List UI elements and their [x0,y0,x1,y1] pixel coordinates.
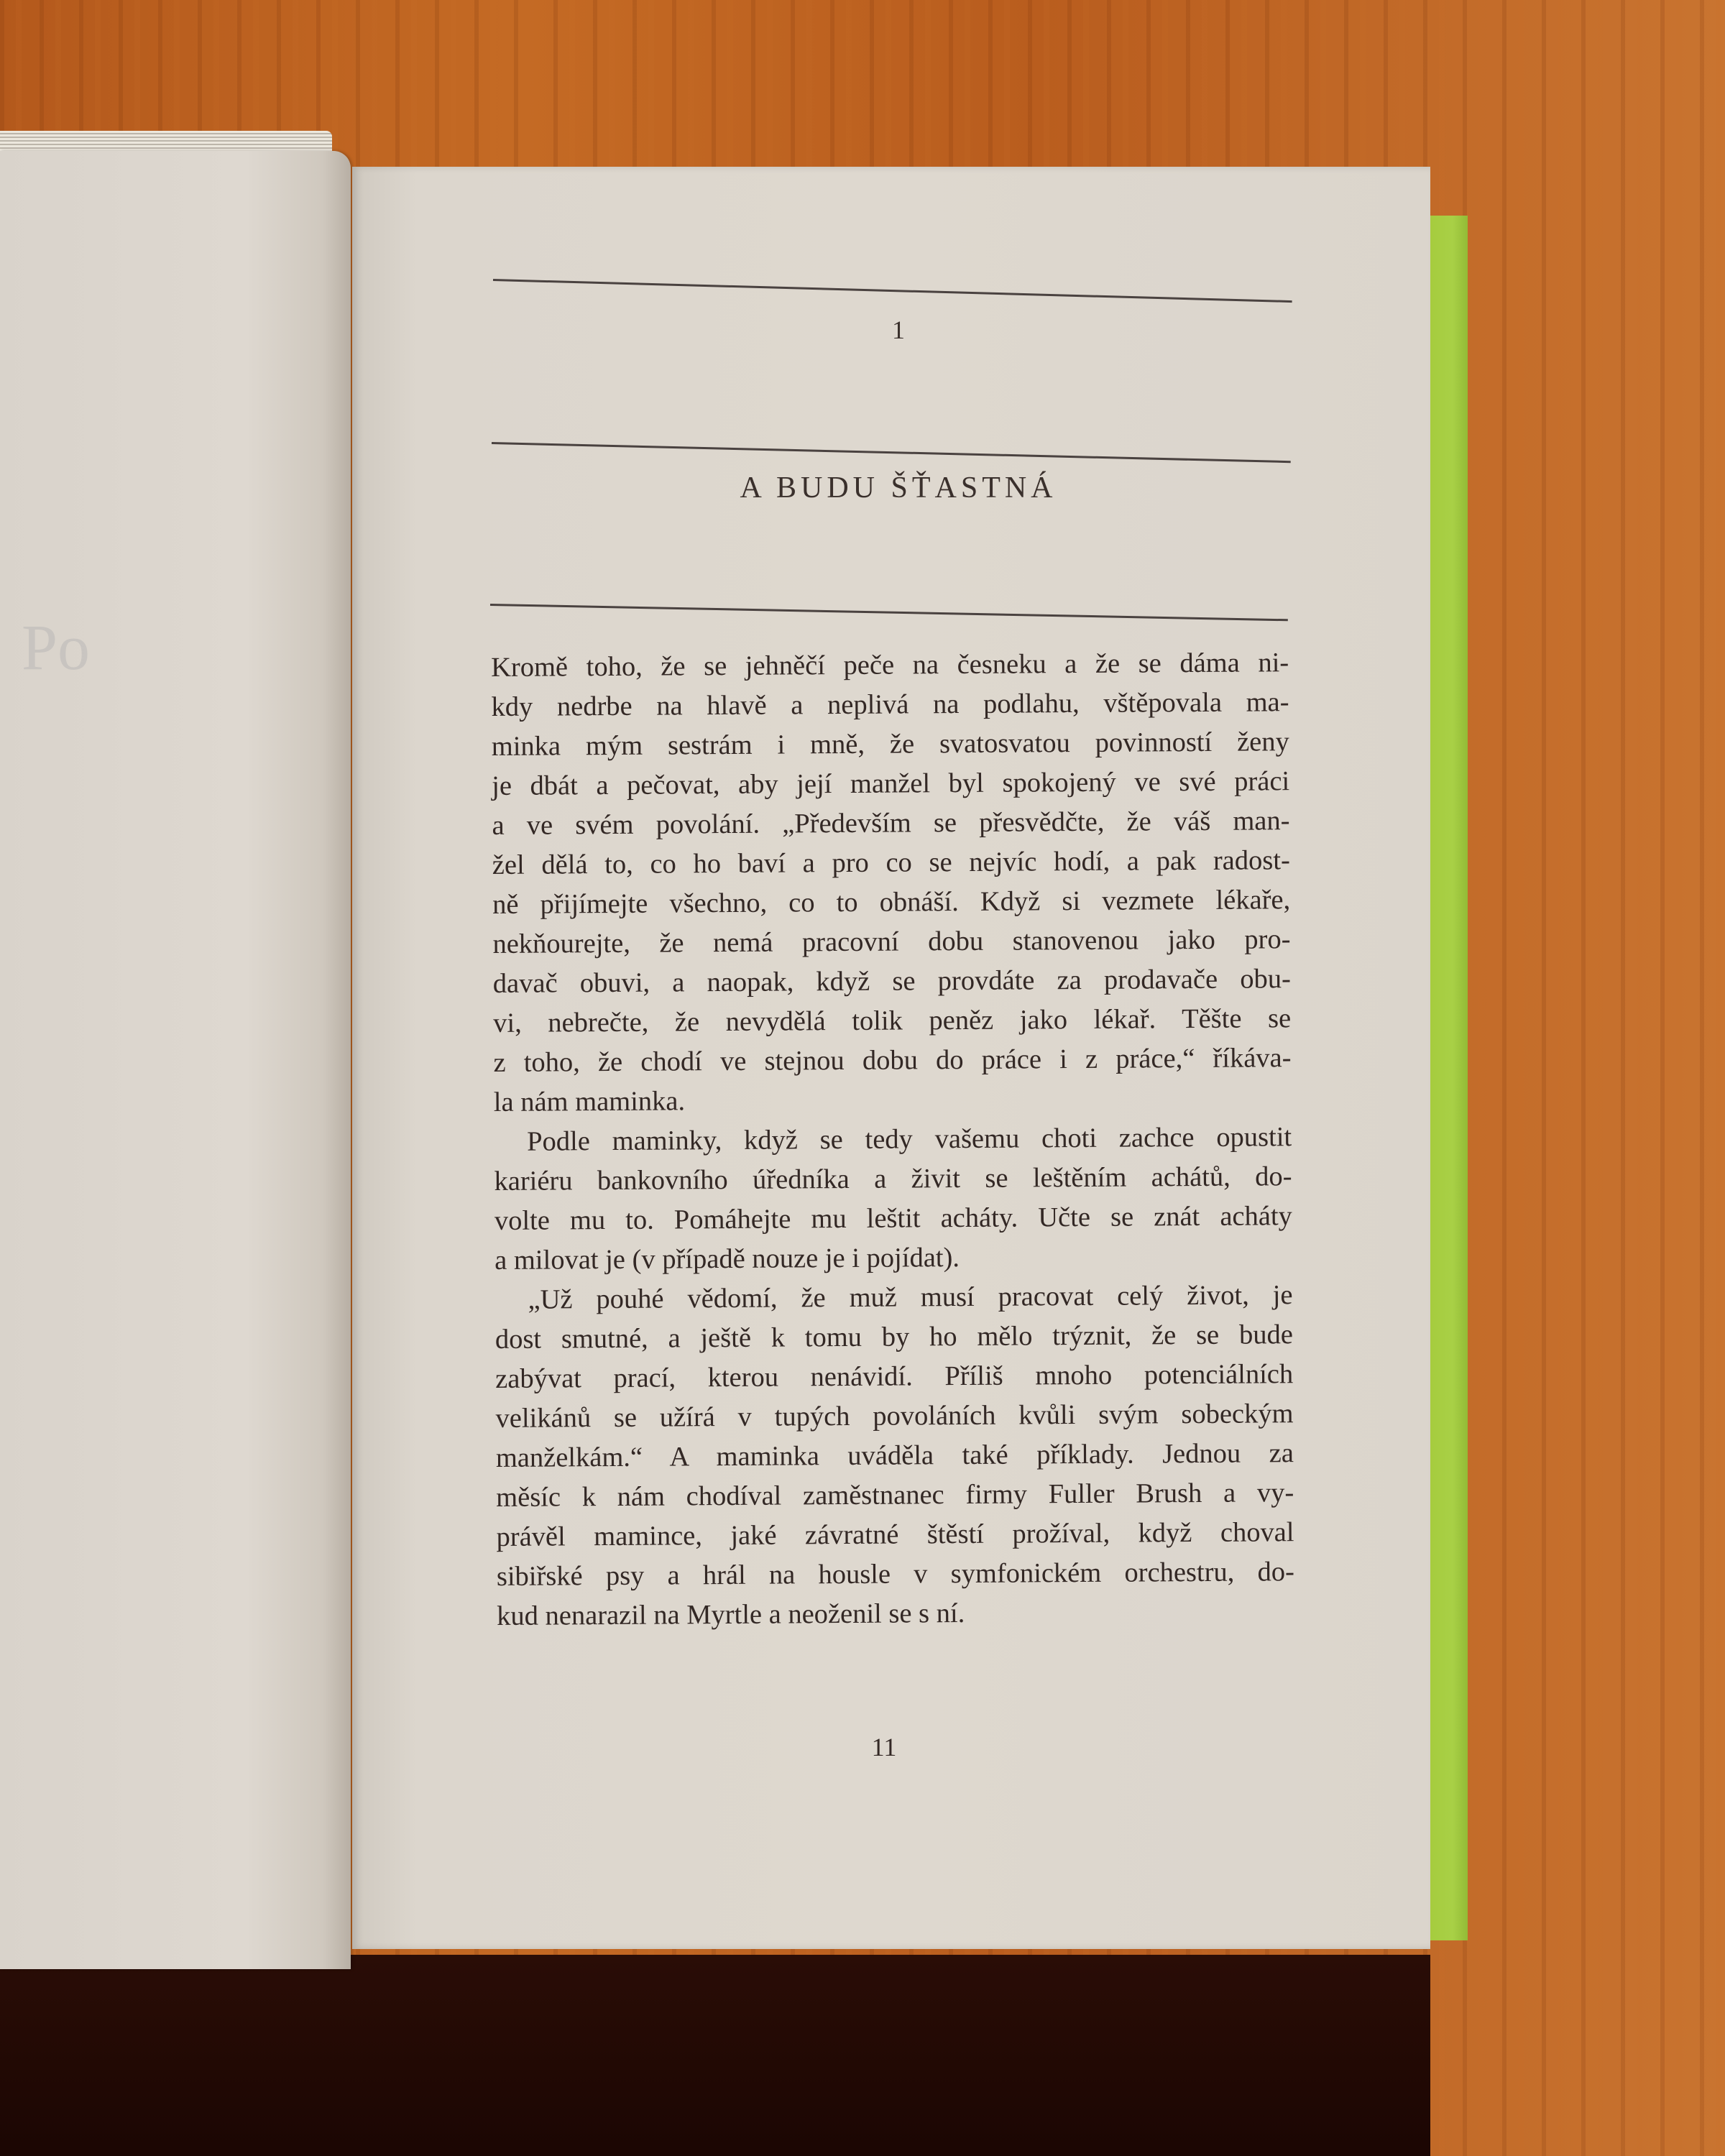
text-line: sibiřské psy a hrál na housle v symfonic… [497,1552,1294,1597]
text-line: Podle maminky, když se tedy vašemu choti… [494,1118,1292,1162]
text-line: zabývat prací, kterou nenávidí. Příliš m… [495,1355,1293,1399]
text-line: minka mým sestrám i mně, že svatosvatou … [492,722,1289,767]
text-line: měsíc k nám chodíval zaměstnanec firmy F… [496,1473,1294,1518]
left-page: Po [0,151,351,1969]
text-line: vi, nebrečte, že nevydělá tolik peněz ja… [493,999,1291,1044]
text-line: „Už pouhé vědomí, že muž musí pracovat c… [494,1276,1292,1320]
text-line: davač obuvi, a naopak, když se provdáte … [493,959,1291,1004]
paragraph-1: Kromě toho, že se jehněčí peče na česnek… [491,643,1292,1123]
page-number: 11 [862,1732,906,1762]
book-cover-edge [1430,216,1468,1940]
text-line: la nám maminka. [494,1078,1292,1123]
left-page-edges [0,131,332,152]
book-shadow [0,1955,1430,2156]
chapter-number: 1 [884,315,913,345]
text-line: Kromě toho, že se jehněčí peče na česnek… [491,643,1289,688]
left-page-ghost-text: Po [22,611,90,685]
text-line: je dbát a pečovat, aby její manžel byl s… [492,762,1289,806]
paragraph-3: „Už pouhé vědomí, že muž musí pracovat c… [494,1276,1294,1636]
text-line: a ve svém povolání. „Především se přesvě… [492,801,1289,846]
text-line: manželkám.“ A maminka uváděla také příkl… [496,1434,1294,1478]
text-line: a milovat je (v případě nouze je i pojíd… [494,1236,1292,1281]
text-line: kdy nedrbe na hlavě a neplivá na podlahu… [491,683,1289,727]
paragraph-2: Podle maminky, když se tedy vašemu choti… [494,1118,1292,1281]
text-line: právěl mamince, jaké závratné štěstí pro… [496,1513,1294,1557]
text-line: z toho, že chodí ve stejnou dobu do prác… [493,1038,1291,1083]
text-line: kariéru bankovního úředníka a živit se l… [494,1157,1292,1202]
text-line: velikánů se užírá v tupých povoláních kv… [495,1394,1293,1439]
body-text: Kromě toho, že se jehněčí peče na česnek… [491,643,1294,1636]
text-line: nekňourejte, že nemá pracovní dobu stano… [492,920,1290,964]
text-line: kud nenarazil na Myrtle a neoženil se s … [497,1592,1294,1636]
text-line: ně přijímejte všechno, co to obnáší. Kdy… [492,880,1290,925]
text-line: žel dělá to, co ho baví a pro co se nejv… [492,841,1290,885]
chapter-title: A BUDU ŠŤASTNÁ [690,471,1107,505]
text-line: dost smutné, a ještě k tomu by ho mělo t… [495,1315,1293,1360]
text-line: volte mu to. Pomáhejte mu leštit acháty.… [494,1197,1292,1241]
